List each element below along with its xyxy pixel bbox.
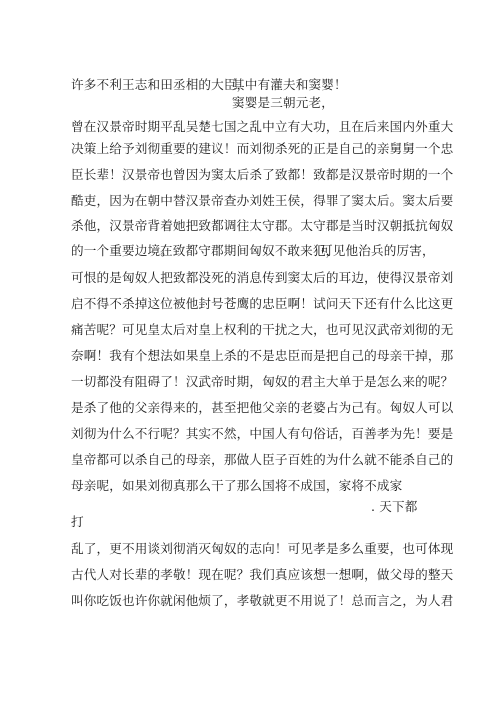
- text-line: 许多不利王志和田丞相的大臣，: [71, 77, 249, 93]
- text-line: . 天下都: [371, 499, 418, 515]
- text-line: 杀他，汉景帝背着她把致都调往太守郡。太守郡是当时汉朝抵抗匈奴: [71, 218, 453, 234]
- text-line: 酷吏，因为在朝中替汉景帝查办刘姓王侯，得罪了窦太后。窦太后要: [71, 193, 453, 209]
- text-line: 皇帝都可以杀自己的母亲，那做人臣子百姓的为什么就不能杀自己的: [71, 452, 453, 468]
- text-line: 在致都守郡期间匈奴不敢来犯，: [160, 243, 338, 259]
- text-line: 的一个重要边境。: [71, 243, 173, 259]
- text-line: 曾在汉景帝时期平乱吴楚七国之乱中立有大功，且在后来国内外重大: [71, 119, 453, 135]
- text-line: 其中有灌夫和窦婴！: [232, 77, 347, 93]
- text-line: 痛苦呢？可见皇太后对皇上权利的干扰之大，也可见汉武帝刘彻的无: [71, 322, 453, 338]
- text-line: 窦婴是三朝元老，: [232, 95, 334, 111]
- text-line: 臣长辈！汉景帝也曾因为窦太后杀了致都！致都是汉景帝时期的一个: [71, 167, 453, 183]
- text-line: 古代人对长辈的孝敬！现在呢？我们真应该想一想啊，做父母的整天: [71, 567, 453, 583]
- text-line: 可见他治兵的厉害，: [320, 243, 435, 259]
- text-line: 一切都没有阻碍了！汉武帝时期，匈奴的君主大单于是怎么来的呢？: [71, 374, 453, 390]
- text-line: 乱了，更不用谈刘彻消灭匈奴的志向！可见孝是多么重要，也可体现: [71, 541, 453, 557]
- text-line: 启不得不杀掉这位被他封号苍鹰的忠臣啊！试问天下还有什么比这更: [71, 296, 453, 312]
- text-line: 母亲呢，如果刘彻真那么干了那么国将不成国，家将不成家: [71, 478, 402, 494]
- text-line: 奈啊！我有个想法如果皇上杀的不是忠臣而是把自己的母亲干掉，那: [71, 348, 453, 364]
- text-line: 是杀了他的父亲得来的，甚至把他父亲的老婆占为己有。匈奴人可以: [71, 400, 453, 416]
- text-line: 决策上给予刘彻重要的建议！而刘彻杀死的正是自己的亲舅舅一个忠: [71, 141, 453, 157]
- text-line: 叫你吃饭也许你就闲他烦了，孝敬就更不用说了！总而言之，为人君: [71, 593, 453, 609]
- text-line: 可恨的是匈奴人把致都没死的消息传到窦太后的耳边，使得汉景帝刘: [71, 270, 453, 286]
- text-line: 刘彻为什么不行呢？其实不然，中国人有句俗话，百善孝为先！要是: [71, 426, 453, 442]
- document-page: 许多不利王志和田丞相的大臣， 其中有灌夫和窦婴！ 窦婴是三朝元老， 曾在汉景帝时…: [0, 0, 500, 708]
- text-line: 打: [71, 514, 84, 530]
